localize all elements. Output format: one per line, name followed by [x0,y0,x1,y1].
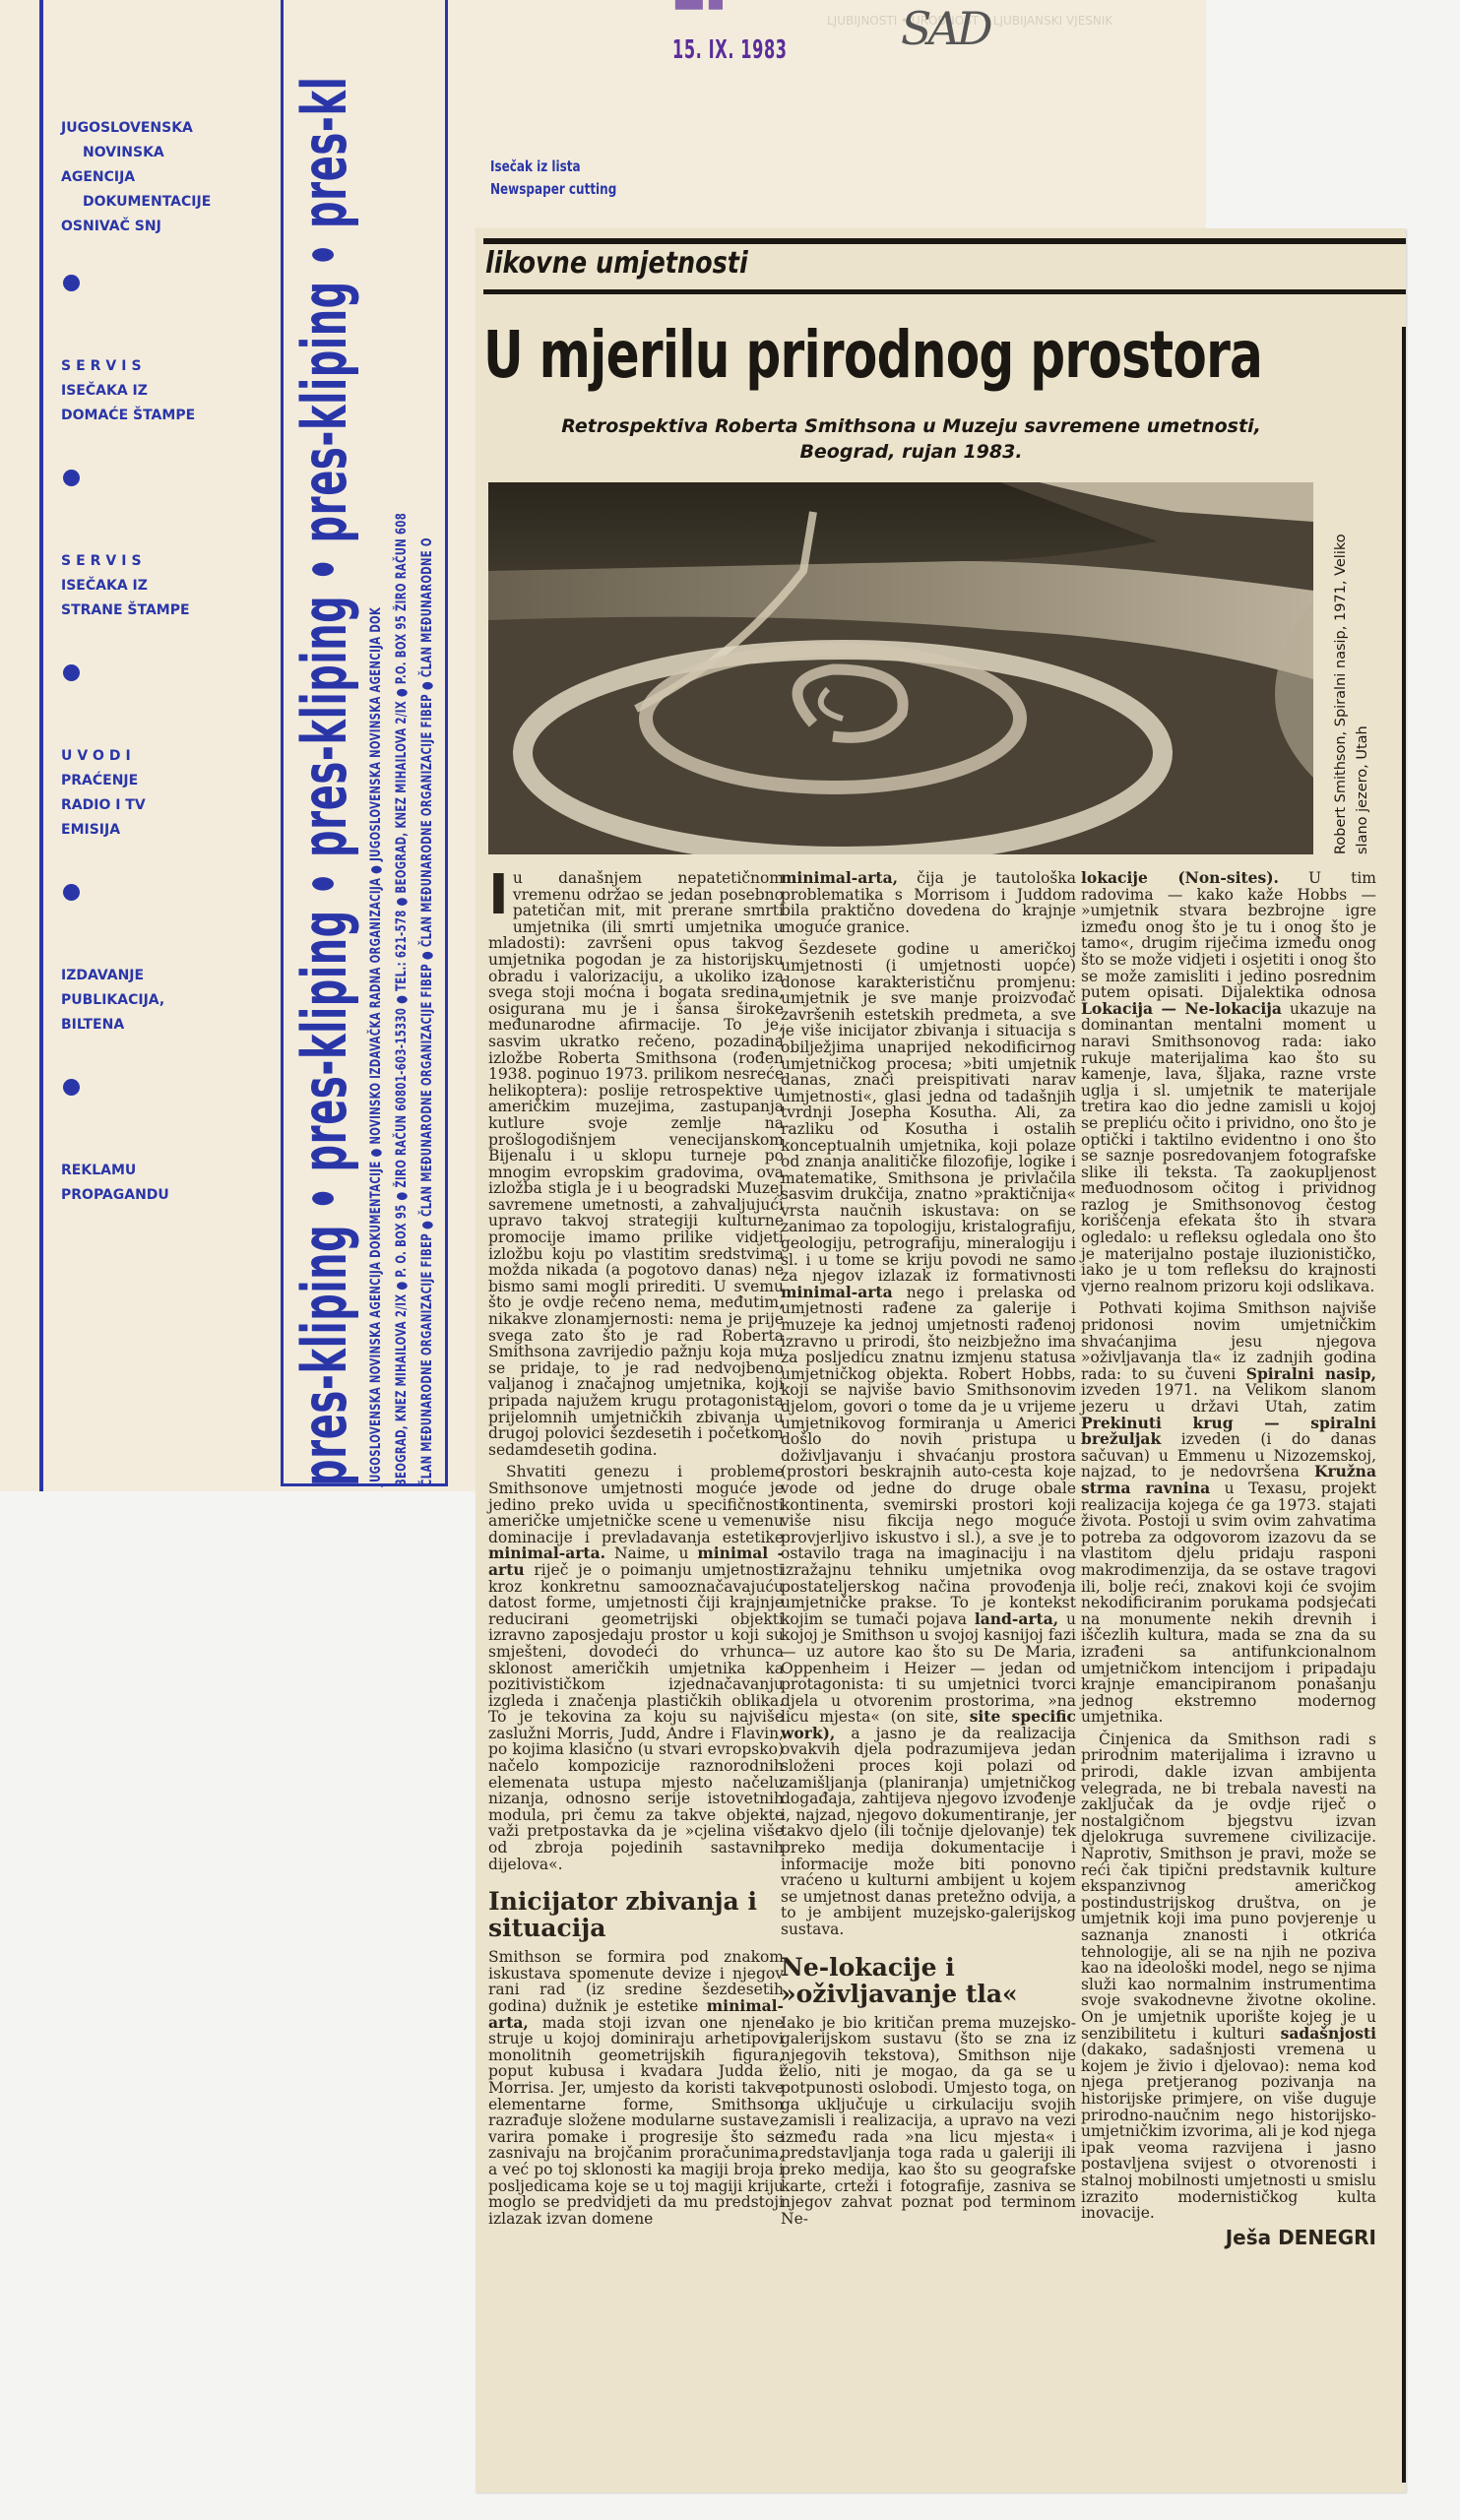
section-rule [483,289,1406,294]
service-foreign-press: SERVIS ISEČAKA IZ STRANE ŠTAMPE [61,549,258,623]
paragraph-text: riječ je o poimanju umjetnosti kroz konk… [488,1561,784,1873]
paragraph-text: Shvatiti genezu i probleme Smithsonove u… [488,1463,784,1545]
spiral-jetty-photo [488,482,1313,854]
spiral-jetty-image [488,482,1313,854]
bullet-dot-icon [63,664,80,681]
paragraph-text: U tim radovima — kako kaže Hobbs — »umje… [1081,869,1376,1001]
service-line: RADIO I TV [61,793,258,818]
service-domestic-press: SERVIS ISEČAKA IZ DOMAĆE ŠTAMPE [61,354,258,428]
bold-term: sadašnjosti [1281,2024,1376,2043]
bold-term: Spiralni nasip, [1246,1364,1376,1383]
agency-founder-line: OSNIVAČ SNJ [61,215,258,239]
service-line: REKLAMU [61,1159,258,1183]
handwritten-signature: SAD [901,2,989,55]
strip-address-line: BEOGRAD, KNEZ MIHAILOVA 2/IX ● P. O. BOX… [394,513,410,1486]
paragraph: Pothvati kojima Smithson najviše pridono… [1081,1300,1376,1725]
paragraph: Smithson se formira pod znakom iskustava… [488,1949,784,2227]
paragraph-text: a jasno je da realizacija ovakvih djela … [781,1725,1076,1938]
strip-brand: pres-kliping • pres-kliping • pres-klipi… [289,77,360,1486]
agency-name-block: JUGOSLOVENSKA NOVINSKA AGENCIJA DOKUMENT… [61,116,258,239]
service-line: SERVIS [61,549,258,574]
bold-term: land-arta, [975,1609,1058,1628]
cutting-label: Isečak iz lista Newspaper cutting [490,156,616,201]
service-radio-tv: UVODI PRAĆENJE RADIO I TV EMISIJA [61,744,258,843]
top-rule [483,238,1406,244]
service-line: BILTENA [61,1013,258,1038]
intro-paragraph: Iu današnjem nepatetičnom vremenu održao… [488,870,784,1458]
agency-services-list: JUGOSLOVENSKA NOVINSKA AGENCIJA DOKUMENT… [61,116,258,1208]
agency-name-line: JUGOSLOVENSKA [61,116,258,141]
subhead-line: Beograd, rujan 1983. [476,439,1347,465]
article-column-2: minimal-arta, čija je tautološka problem… [781,870,1076,2227]
service-line: IZDAVANJE [61,964,258,988]
card-left-rule [39,0,43,1491]
article-column-3: lokacije (Non-sites). U tim radovima — k… [1081,870,1376,2245]
stamp-residue: ▀▀ ▀ [675,0,723,21]
bullet-dot-icon [63,884,80,901]
caption-line: slano jezero, Utah [1352,480,1373,854]
cutting-label-en: Newspaper cutting [490,178,616,201]
article-headline: U mjerilu prirodnog prostora [483,317,1262,393]
service-line: ISEČAKA IZ [61,379,258,404]
paragraph-text: Naime, u [605,1544,697,1562]
article-subhead: Retrospektiva Roberta Smithsona u Muzeju… [476,413,1347,465]
article-column-1: Iu današnjem nepatetičnom vremenu održao… [488,870,784,2227]
agency-name-line: DOKUMENTACIJE [61,190,258,215]
strip-agency-line: JUGOSLOVENSKA NOVINSKA AGENCIJA DOKUMENT… [368,607,384,1486]
photo-caption: Robert Smithson, Spiralni nasip, 1971, V… [1330,480,1373,854]
paragraph-text: u Texasu, projekt realizacija kojega će … [1081,1480,1376,1726]
service-advertising: REKLAMU PROPAGANDU [61,1159,258,1208]
date-stamp: 15. IX. 1983 [672,35,788,65]
paragraph: Iako je bio kritičan prema muzejsko-gale… [781,2015,1076,2228]
paragraph-text: Činjenica da Smithson radi s prirodnim m… [1081,1731,1376,2043]
subtitle-initiator: Inicijator zbivanja i situacija [488,1888,784,1941]
paragraph-text: izveden 1971. na Velikom slanom jezeru u… [1081,1381,1376,1416]
bullet-dot-icon [63,470,80,486]
service-publications: IZDAVANJE PUBLIKACIJA, BILTENA [61,964,258,1038]
strip-membership-line: ČLAN MEĐUNARODNE ORGANIZACIJE FIBEP ● ČL… [419,537,435,1486]
paragraph-text: mada stoji izvan one njene struje u kojo… [488,2014,784,2228]
bold-term: minimal-arta, [781,868,898,887]
paragraph: Shvatiti genezu i probleme Smithsonove u… [488,1464,784,1872]
paragraph-text: Šezdesete godine u američkoj umjetnosti … [781,940,1076,1285]
paragraph: Šezdesete godine u američkoj umjetnosti … [781,941,1076,1937]
service-line: SERVIS [61,354,258,379]
bold-term: lokacije (Non-sites). [1081,868,1279,887]
service-line: EMISIJA [61,818,258,843]
bullet-dot-icon [63,1079,80,1096]
agency-name-line: NOVINSKA [61,141,258,165]
service-line: PUBLIKACIJA, [61,988,258,1013]
paragraph-text: (dakako, sadašnjosti vremena u kojem je … [1081,2041,1376,2222]
pres-kliping-strip: pres-kliping • pres-kliping • pres-klipi… [281,0,448,1486]
paragraph: Činjenica da Smithson radi s prirodnim m… [1081,1732,1376,2222]
service-line: DOMAĆE ŠTAMPE [61,404,258,428]
bold-term: minimal-arta [781,1283,893,1301]
paragraph-text: u današnjem nepatetičnom vremenu održao … [488,869,784,1459]
service-line: UVODI [61,744,258,769]
section-label: likovne umjetnosti [485,246,748,281]
paragraph-continued: lokacije (Non-sites). U tim radovima — k… [1081,870,1376,1294]
paragraph-text: nego i prelaska od umjetnosti rađene za … [781,1284,1076,1628]
agency-name-line: AGENCIJA [61,165,258,190]
service-line: PROPAGANDU [61,1183,258,1208]
paragraph-text: ukazuje na dominantan mentalni moment u … [1081,1000,1376,1295]
paragraph-text: Iako je bio kritičan prema muzejsko-gale… [781,2014,1076,2228]
caption-line: Robert Smithson, Spiralni nasip, 1971, V… [1330,480,1352,854]
newspaper-clipping: likovne umjetnosti U mjerilu prirodnog p… [476,228,1406,2492]
author-byline: Ješa DENEGRI [1081,2230,1376,2246]
service-line: STRANE ŠTAMPE [61,598,258,623]
subhead-line: Retrospektiva Roberta Smithsona u Muzeju… [476,413,1347,439]
strip-rotated-text: pres-kliping • pres-kliping • pres-klipi… [284,0,451,1486]
bold-term: Lokacija — Ne-lokacija [1081,999,1282,1018]
service-line: ISEČAKA IZ [61,574,258,598]
drop-cap: I [488,872,513,919]
subtitle-non-sites: Ne-lokacije i »oživljavanje tla« [781,1954,1076,2007]
right-column-rule [1402,327,1406,2483]
paragraph-continued: minimal-arta, čija je tautološka problem… [781,870,1076,935]
service-line: PRAĆENJE [61,769,258,793]
bullet-dot-icon [63,275,80,291]
cutting-label-sr: Isečak iz lista [490,156,616,178]
